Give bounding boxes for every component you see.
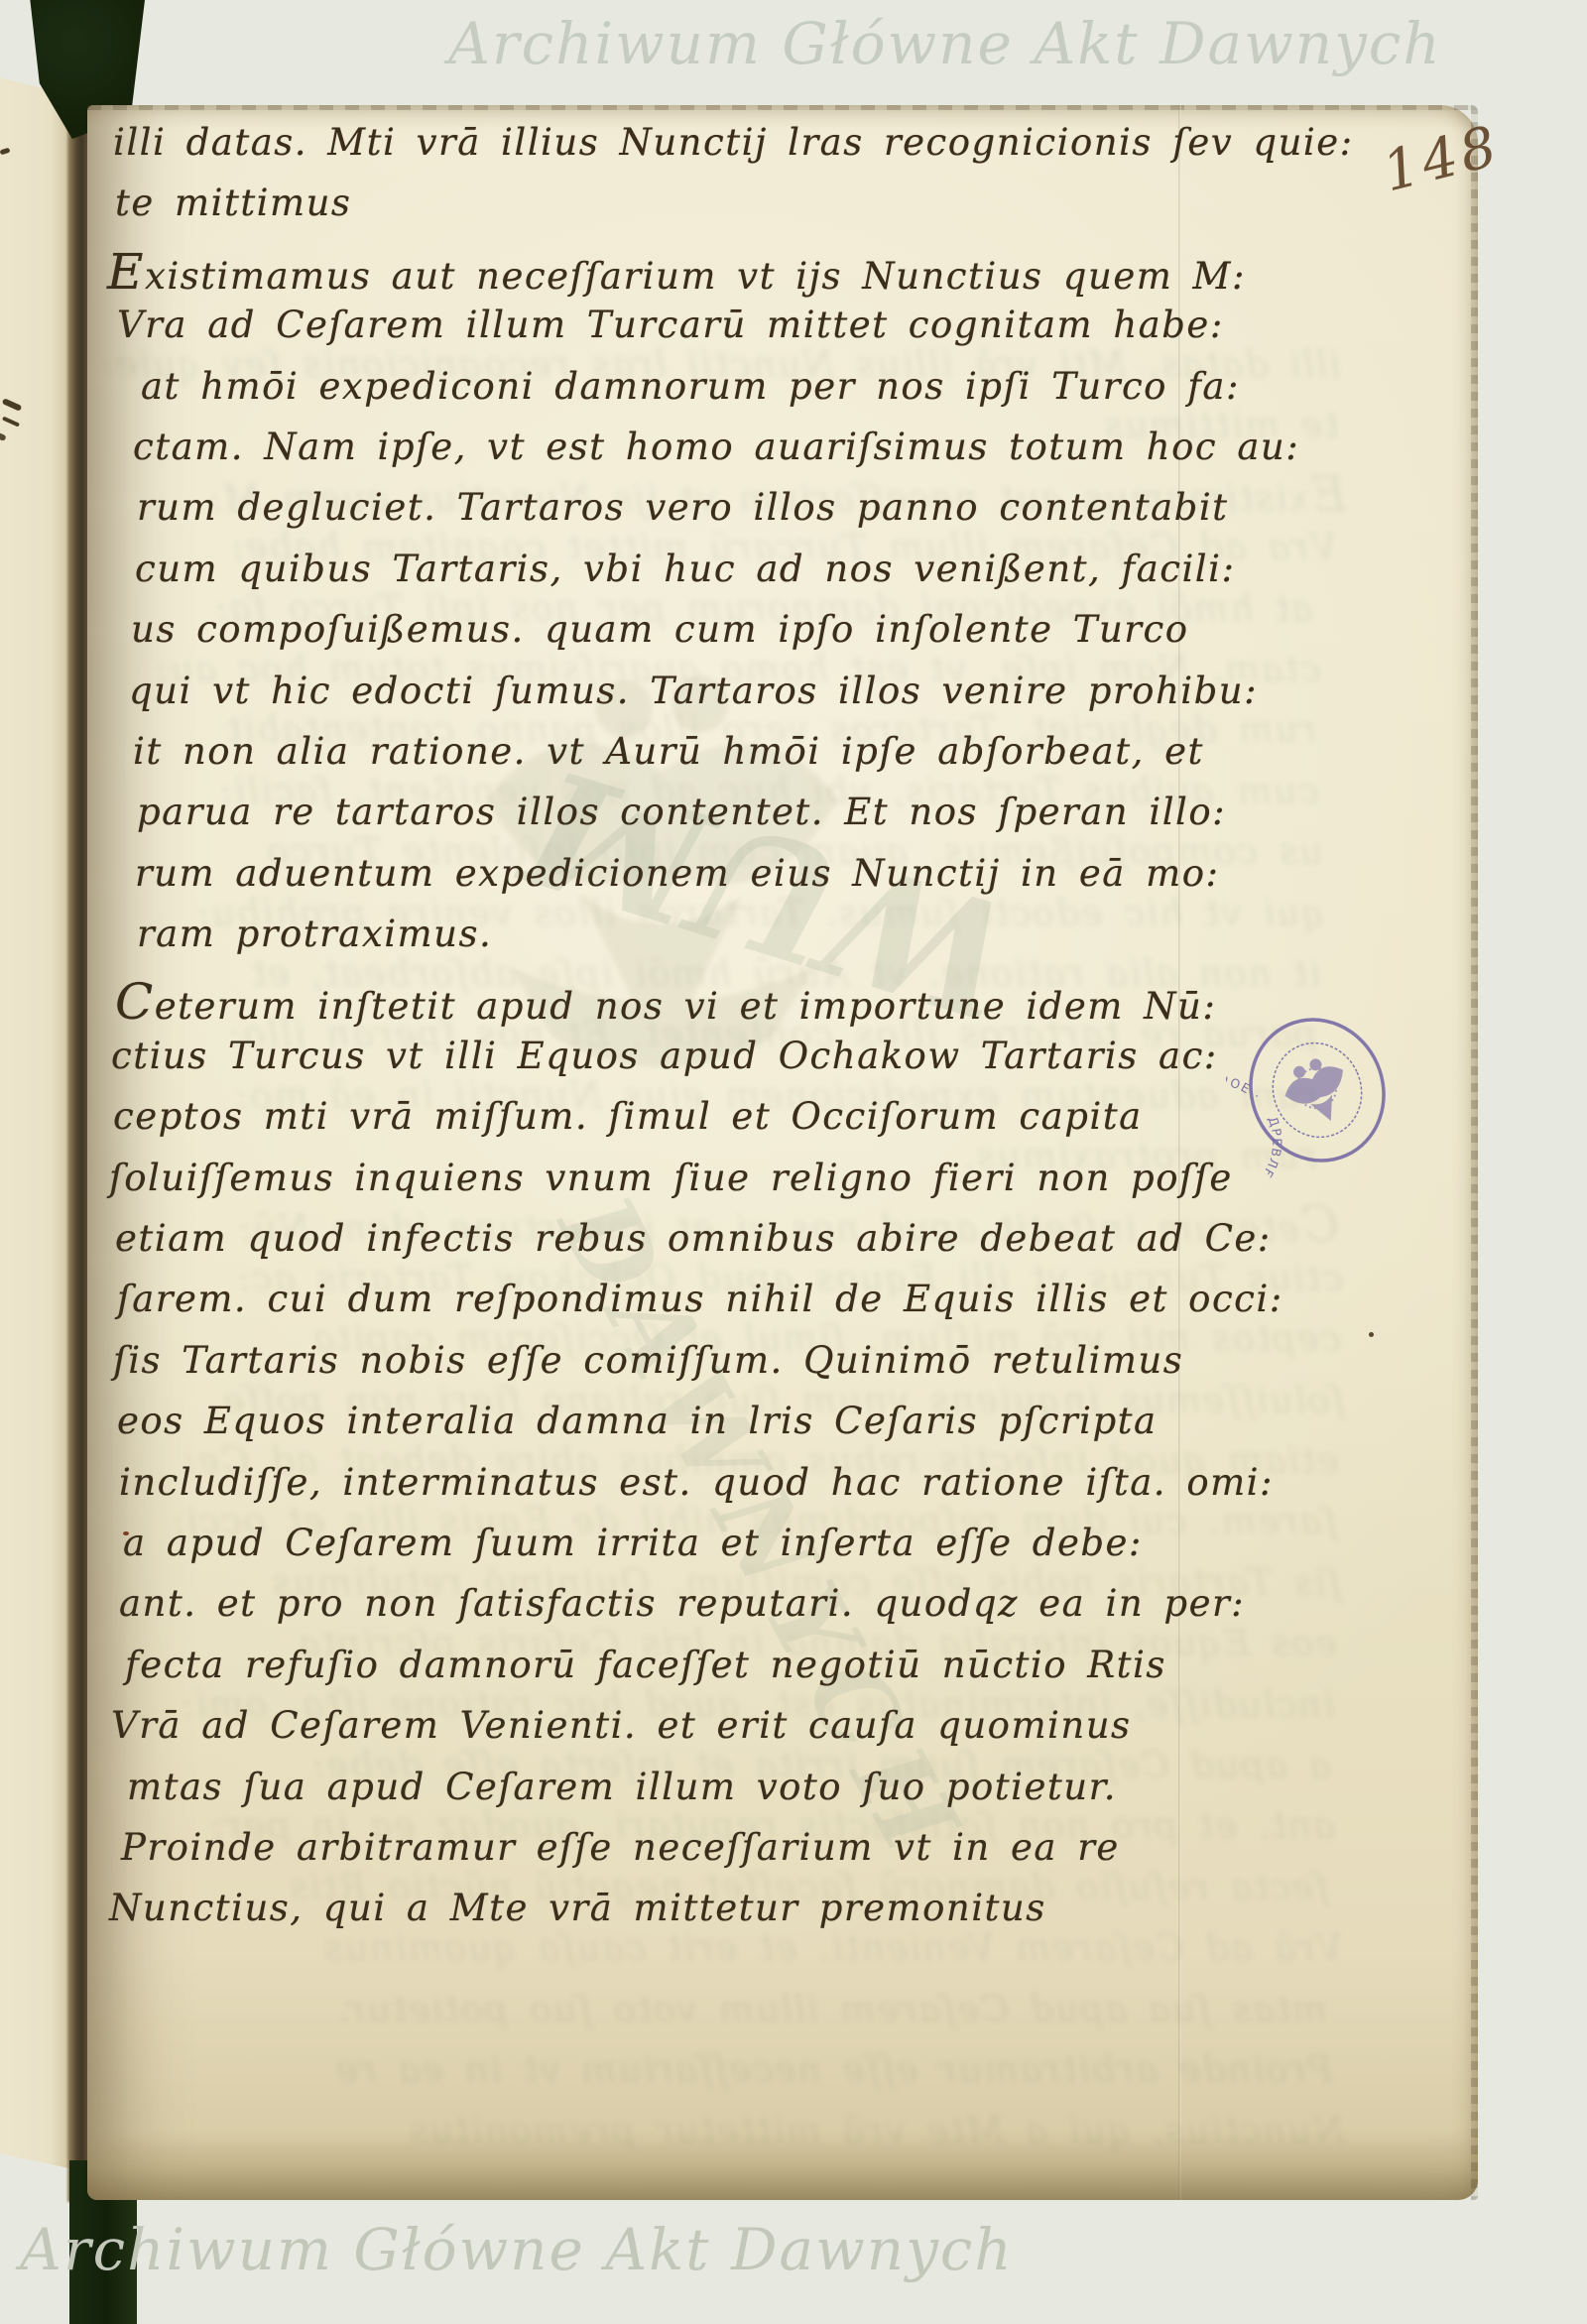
manuscript-line: te mittimus (107, 182, 1357, 242)
ink-speck (123, 1531, 129, 1535)
manuscript-line: ſarem. cui dum reſpondimus nihil de Equi… (107, 1278, 1357, 1338)
manuscript-line: cum quibus Tartaris, vbi huc ad nos veni… (107, 548, 1357, 608)
manuscript-line: qui vt hic edocti ſumus. Tartaros illos … (107, 670, 1357, 730)
manuscript-line: ram protraximus. (107, 913, 1357, 973)
ink-mark (2, 398, 23, 412)
manuscript-line: ceptos mti vrā miſſum. ſimul et Occiſoru… (107, 1095, 1357, 1156)
manuscript-line: us compoſuißemus. quam cum ipſo inſolent… (107, 608, 1357, 669)
folio-number: 148 (1377, 114, 1507, 205)
manuscript-line: Nunctius, qui a Mte vrā mittetur premoni… (107, 1887, 1357, 1947)
manuscript-line: Existimamus aut neceſſarium vt ijs Nunct… (107, 243, 1357, 304)
manuscript-line: ctam. Nam ipſe, vt est homo auariſsimus … (107, 426, 1357, 486)
text-block: illi datas. Mti vrā illius Nunctij lras … (107, 121, 1357, 1948)
manuscript-line: illi datas. Mti vrā illius Nunctij lras … (107, 121, 1357, 182)
double-headed-eagle-icon (1277, 1050, 1360, 1134)
manuscript-line: Proinde arbitramur eſſe neceſſarium vt i… (97, 2048, 1347, 2109)
facing-page-edge (0, 69, 71, 2192)
manuscript-line: etiam quod infectis rebus omnibus abire … (107, 1217, 1357, 1278)
manuscript-line: Nunctius, qui a Mte vrā mittetur premoni… (97, 2109, 1347, 2169)
archive-watermark-top: Archiwum Główne Akt Dawnych (448, 10, 1442, 77)
manuscript-line: includiſſe, interminatus est. quod hac r… (107, 1461, 1357, 1522)
manuscript-line: fecta refuſio damnorū faceſſet negotiū n… (107, 1644, 1357, 1704)
manuscript-line: it non alia ratione. vt Aurū hmōi ipſe a… (107, 730, 1357, 791)
ink-mark (0, 148, 11, 156)
archive-watermark-bottom: Archiwum Główne Akt Dawnych (20, 2216, 1014, 2283)
manuscript-line: ſis Tartaris nobis eſſe comiſſum. Quinim… (107, 1339, 1357, 1400)
manuscript-page: illi datas. Mti vrā illius Nunctij lras … (87, 105, 1478, 2200)
manuscript-line: rum degluciet. Tartaros vero illos panno… (107, 486, 1357, 547)
manuscript-line: eos Equos interalia damna in lris Ceſari… (107, 1400, 1357, 1460)
manuscript-scan: Archiwum Główne Akt Dawnych illi datas. … (0, 0, 1587, 2324)
manuscript-line: rum aduentum expedicionem eius Nunctij i… (107, 852, 1357, 913)
manuscript-line: a apud Ceſarem ſuum irrita et inſerta eſ… (107, 1522, 1357, 1582)
manuscript-line: Vra ad Ceſarem illum Turcarū mittet cogn… (107, 304, 1357, 364)
manuscript-line: mtas ſua apud Ceſarem illum voto ſuo pot… (107, 1766, 1357, 1826)
manuscript-line: Vrā ad Ceſarem Venienti. et erit cauſa q… (107, 1704, 1357, 1765)
manuscript-line: Proinde arbitramur eſſe neceſſarium vt i… (107, 1826, 1357, 1887)
manuscript-line: ant. et pro non ſatisfactis reputari. qu… (107, 1582, 1357, 1643)
manuscript-line: ſoluiſſemus inquiens vnum ſiue religno f… (107, 1157, 1357, 1217)
manuscript-line: at hmōi expediconi damnorum per nos ipſi… (107, 365, 1357, 426)
ink-speck (1369, 1332, 1374, 1337)
manuscript-line: parua re tartaros illos contentet. Et no… (107, 791, 1357, 851)
manuscript-line: mtas ſua apud Ceſarem illum voto ſuo pot… (97, 1988, 1347, 2048)
manuscript-line: ctius Turcus vt illi Equos apud Ochakow … (107, 1035, 1357, 1095)
manuscript-line: Ceterum inſtetit apud nos vi et importun… (107, 973, 1357, 1034)
